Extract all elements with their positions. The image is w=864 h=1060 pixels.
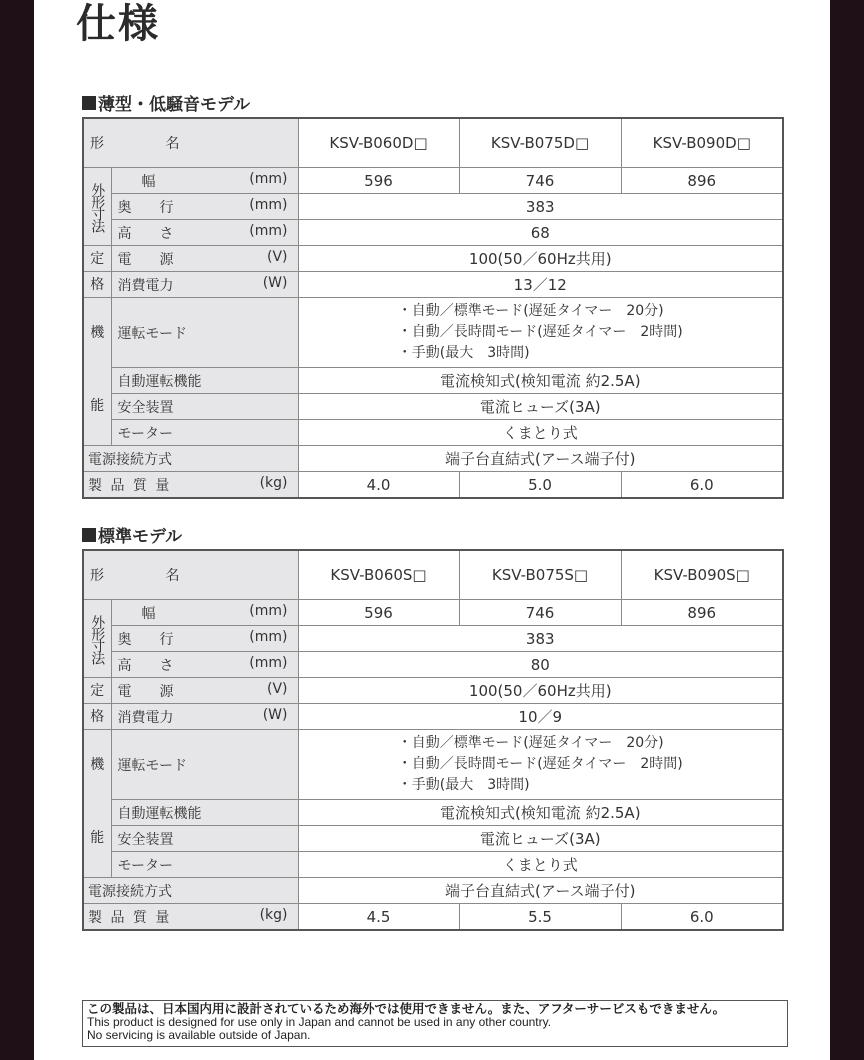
table-row-operation-mode: 機 運転モード ・自動／標準モード(遅延タイマー 20分) ・自動／長時間モード… — [83, 298, 783, 368]
model-name: KSV-B060D□ — [298, 118, 459, 168]
square-bullet-icon — [82, 528, 96, 542]
model-name: KSV-B090D□ — [621, 118, 783, 168]
model-name: KSV-B090S□ — [621, 550, 783, 600]
operation-mode-list: ・自動／標準モード(遅延タイマー 20分) ・自動／長時間モード(遅延タイマー … — [398, 730, 683, 799]
table-row-height: 高さ(mm) 68 — [83, 220, 783, 246]
table-row-power-consumption: 格 消費電力(W) 10／9 — [83, 704, 783, 730]
table-row-weight: 製 品 質 量(kg) 4.5 5.5 6.0 — [83, 904, 783, 931]
table-row-operation-mode: 機 運転モード ・自動／標準モード(遅延タイマー 20分) ・自動／長時間モード… — [83, 730, 783, 800]
table-row-auto-function: 能 自動運転機能 電流検知式(検知電流 約2.5A) — [83, 368, 783, 394]
document-page: 仕様 薄型・低騒音モデル 形 名 KSV-B060D□ KSV-B075D□ K… — [34, 0, 830, 1060]
model-header-label: 形 名 — [83, 550, 298, 600]
table-row-depth: 奥行(mm) 383 — [83, 626, 783, 652]
group-dimensions: 外形寸法 — [83, 600, 111, 678]
table-row-motor: モーター くまとり式 — [83, 420, 783, 446]
table-row-safety: 安全装置 電流ヒューズ(3A) — [83, 826, 783, 852]
model-name: KSV-B060S□ — [298, 550, 459, 600]
table-row-width: 外形寸法 幅(mm) 596 746 896 — [83, 600, 783, 626]
table-row-power-source: 定 電源(V) 100(50／60Hz共用) — [83, 246, 783, 272]
spec-table-thin-low-noise: 形 名 KSV-B060D□ KSV-B075D□ KSV-B090D□ 外形寸… — [82, 117, 784, 499]
operation-mode-list: ・自動／標準モード(遅延タイマー 20分) ・自動／長時間モード(遅延タイマー … — [398, 298, 683, 367]
table-row-height: 高さ(mm) 80 — [83, 652, 783, 678]
section-title-standard: 標準モデル — [82, 522, 182, 547]
table-row-power-consumption: 格 消費電力(W) 13／12 — [83, 272, 783, 298]
table-row-connection: 電源接続方式 端子台直結式(アース端子付) — [83, 446, 783, 472]
table-row-motor: モーター くまとり式 — [83, 852, 783, 878]
table-row-connection: 電源接続方式 端子台直結式(アース端子付) — [83, 878, 783, 904]
section-title-thin-low-noise: 薄型・低騒音モデル — [82, 90, 250, 115]
model-name: KSV-B075D□ — [459, 118, 621, 168]
table-row-power-source: 定 電源(V) 100(50／60Hz共用) — [83, 678, 783, 704]
table-row-model: 形 名 KSV-B060S□ KSV-B075S□ KSV-B090S□ — [83, 550, 783, 600]
square-bullet-icon — [82, 96, 96, 110]
table-row-width: 外形寸法 幅(mm) 596 746 896 — [83, 168, 783, 194]
table-row-weight: 製 品 質 量(kg) 4.0 5.0 6.0 — [83, 472, 783, 499]
page-title: 仕様 — [76, 0, 160, 49]
spec-table-standard: 形 名 KSV-B060S□ KSV-B075S□ KSV-B090S□ 外形寸… — [82, 549, 784, 931]
japan-only-notice: この製品は、日本国内用に設計されているため海外では使用できません。また、アフター… — [82, 1000, 788, 1047]
table-row-model: 形 名 KSV-B060D□ KSV-B075D□ KSV-B090D□ — [83, 118, 783, 168]
table-row-depth: 奥行(mm) 383 — [83, 194, 783, 220]
group-dimensions: 外形寸法 — [83, 168, 111, 246]
model-name: KSV-B075S□ — [459, 550, 621, 600]
table-row-safety: 安全装置 電流ヒューズ(3A) — [83, 394, 783, 420]
model-header-label: 形 名 — [83, 118, 298, 168]
table-row-auto-function: 能 自動運転機能 電流検知式(検知電流 約2.5A) — [83, 800, 783, 826]
